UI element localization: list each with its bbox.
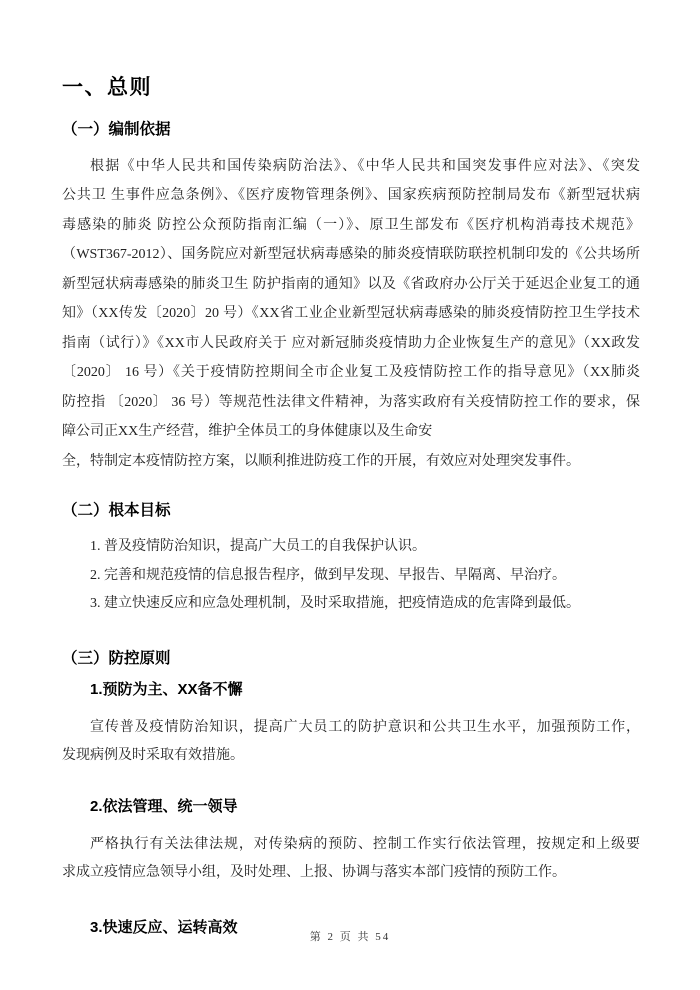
list-item: 1. 普及疫情防治知识，提高广大员工的自我保护认识。: [62, 533, 640, 562]
subsection2-paragraph: 严格执行有关法律法规，对传染病的预防、控制工作实行依法管理，按规定和上级要 求成…: [62, 831, 640, 888]
subsection1-heading: 1.预防为主、XX备不懈: [90, 681, 640, 699]
list-item: 2. 完善和规范疫情的信息报告程序，做到早发现、早报告、早隔离、早治疗。: [62, 562, 640, 591]
subsection2-heading: 2.依法管理、统一领导: [90, 798, 640, 816]
document-content: 一、总则 （一）编制依据 根据《中华人民共和国传染病防治法》、《中华人民共和国突…: [0, 76, 700, 937]
goal-list: 1. 普及疫情防治知识，提高广大员工的自我保护认识。 2. 完善和规范疫情的信息…: [62, 533, 640, 619]
paragraph-line: 根据《中华人民共和国传染病防治法》、《中华人民共和国突发事件应对法》、《突发: [62, 152, 640, 182]
paragraph-line: 宣传普及疫情防治知识，提高广大员工的防护意识和公共卫生水平，加强预防工作，: [62, 714, 640, 743]
section3-heading: （三）防控原则: [62, 649, 640, 668]
paragraph-line: 全，特制定本疫情防控方案，以顺利推进防疫工作的开展，有效应对处理突发事件。: [62, 447, 640, 477]
list-item: 3. 建立快速反应和应急处理机制，及时采取措施，把疫情造成的危害降到最低。: [62, 590, 640, 619]
paragraph-line: 严格执行有关法律法规，对传染病的预防、控制工作实行依法管理，按规定和上级要: [62, 831, 640, 860]
page-number-footer: 第 2 页 共 54: [0, 930, 700, 945]
section2-heading: （二）根本目标: [62, 501, 640, 520]
section1-heading: （一）编制依据: [62, 120, 640, 139]
paragraph-line: 新型冠状病毒感染的肺炎卫生 防护指南的通知》以及《省政府办公厅关于延迟企业复工的…: [62, 270, 640, 300]
paragraph-line: （WST367-2012）、国务院应对新型冠状病毒感染的肺炎疫情联防联控机制印发…: [62, 240, 640, 270]
paragraph-line: 毒感染的肺炎 防控公众预防指南汇编（一）》、原卫生部发布《医疗机构消毒技术规范》: [62, 211, 640, 241]
paragraph-line: 公共卫 生事件应急条例》、《医疗废物管理条例》、国家疾病预防控制局发布《新型冠状…: [62, 181, 640, 211]
document-page: 一、总则 （一）编制依据 根据《中华人民共和国传染病防治法》、《中华人民共和国突…: [0, 0, 700, 990]
paragraph-line: 知》（XX传发〔2020〕20 号）《XX省工业企业新型冠状病毒感染的肺炎疫情防…: [62, 299, 640, 329]
paragraph-line: 求成立疫情应急领导小组，及时处理、上报、协调与落实本部门疫情的预防工作。: [62, 859, 640, 888]
paragraph-line: 〔2020〕 16 号）《关于疫情防控期间全市企业复工及疫情防控工作的指导意见》…: [62, 358, 640, 388]
paragraph-line: 发现病例及时采取有效措施。: [62, 742, 640, 771]
section1-paragraph: 根据《中华人民共和国传染病防治法》、《中华人民共和国突发事件应对法》、《突发 公…: [62, 152, 640, 477]
paragraph-line: 防控指 〔2020〕 36 号）等规范性法律文件精神，为落实政府有关疫情防控工作…: [62, 388, 640, 418]
paragraph-line: 指南（试行）》《XX市人民政府关于 应对新冠肺炎疫情助力企业恢复生产的意见》（X…: [62, 329, 640, 359]
document-title: 一、总则: [62, 76, 640, 100]
subsection1-paragraph: 宣传普及疫情防治知识，提高广大员工的防护意识和公共卫生水平，加强预防工作， 发现…: [62, 714, 640, 771]
paragraph-line: 障公司正XX生产经营，维护全体员工的身体健康以及生命安: [62, 417, 640, 447]
